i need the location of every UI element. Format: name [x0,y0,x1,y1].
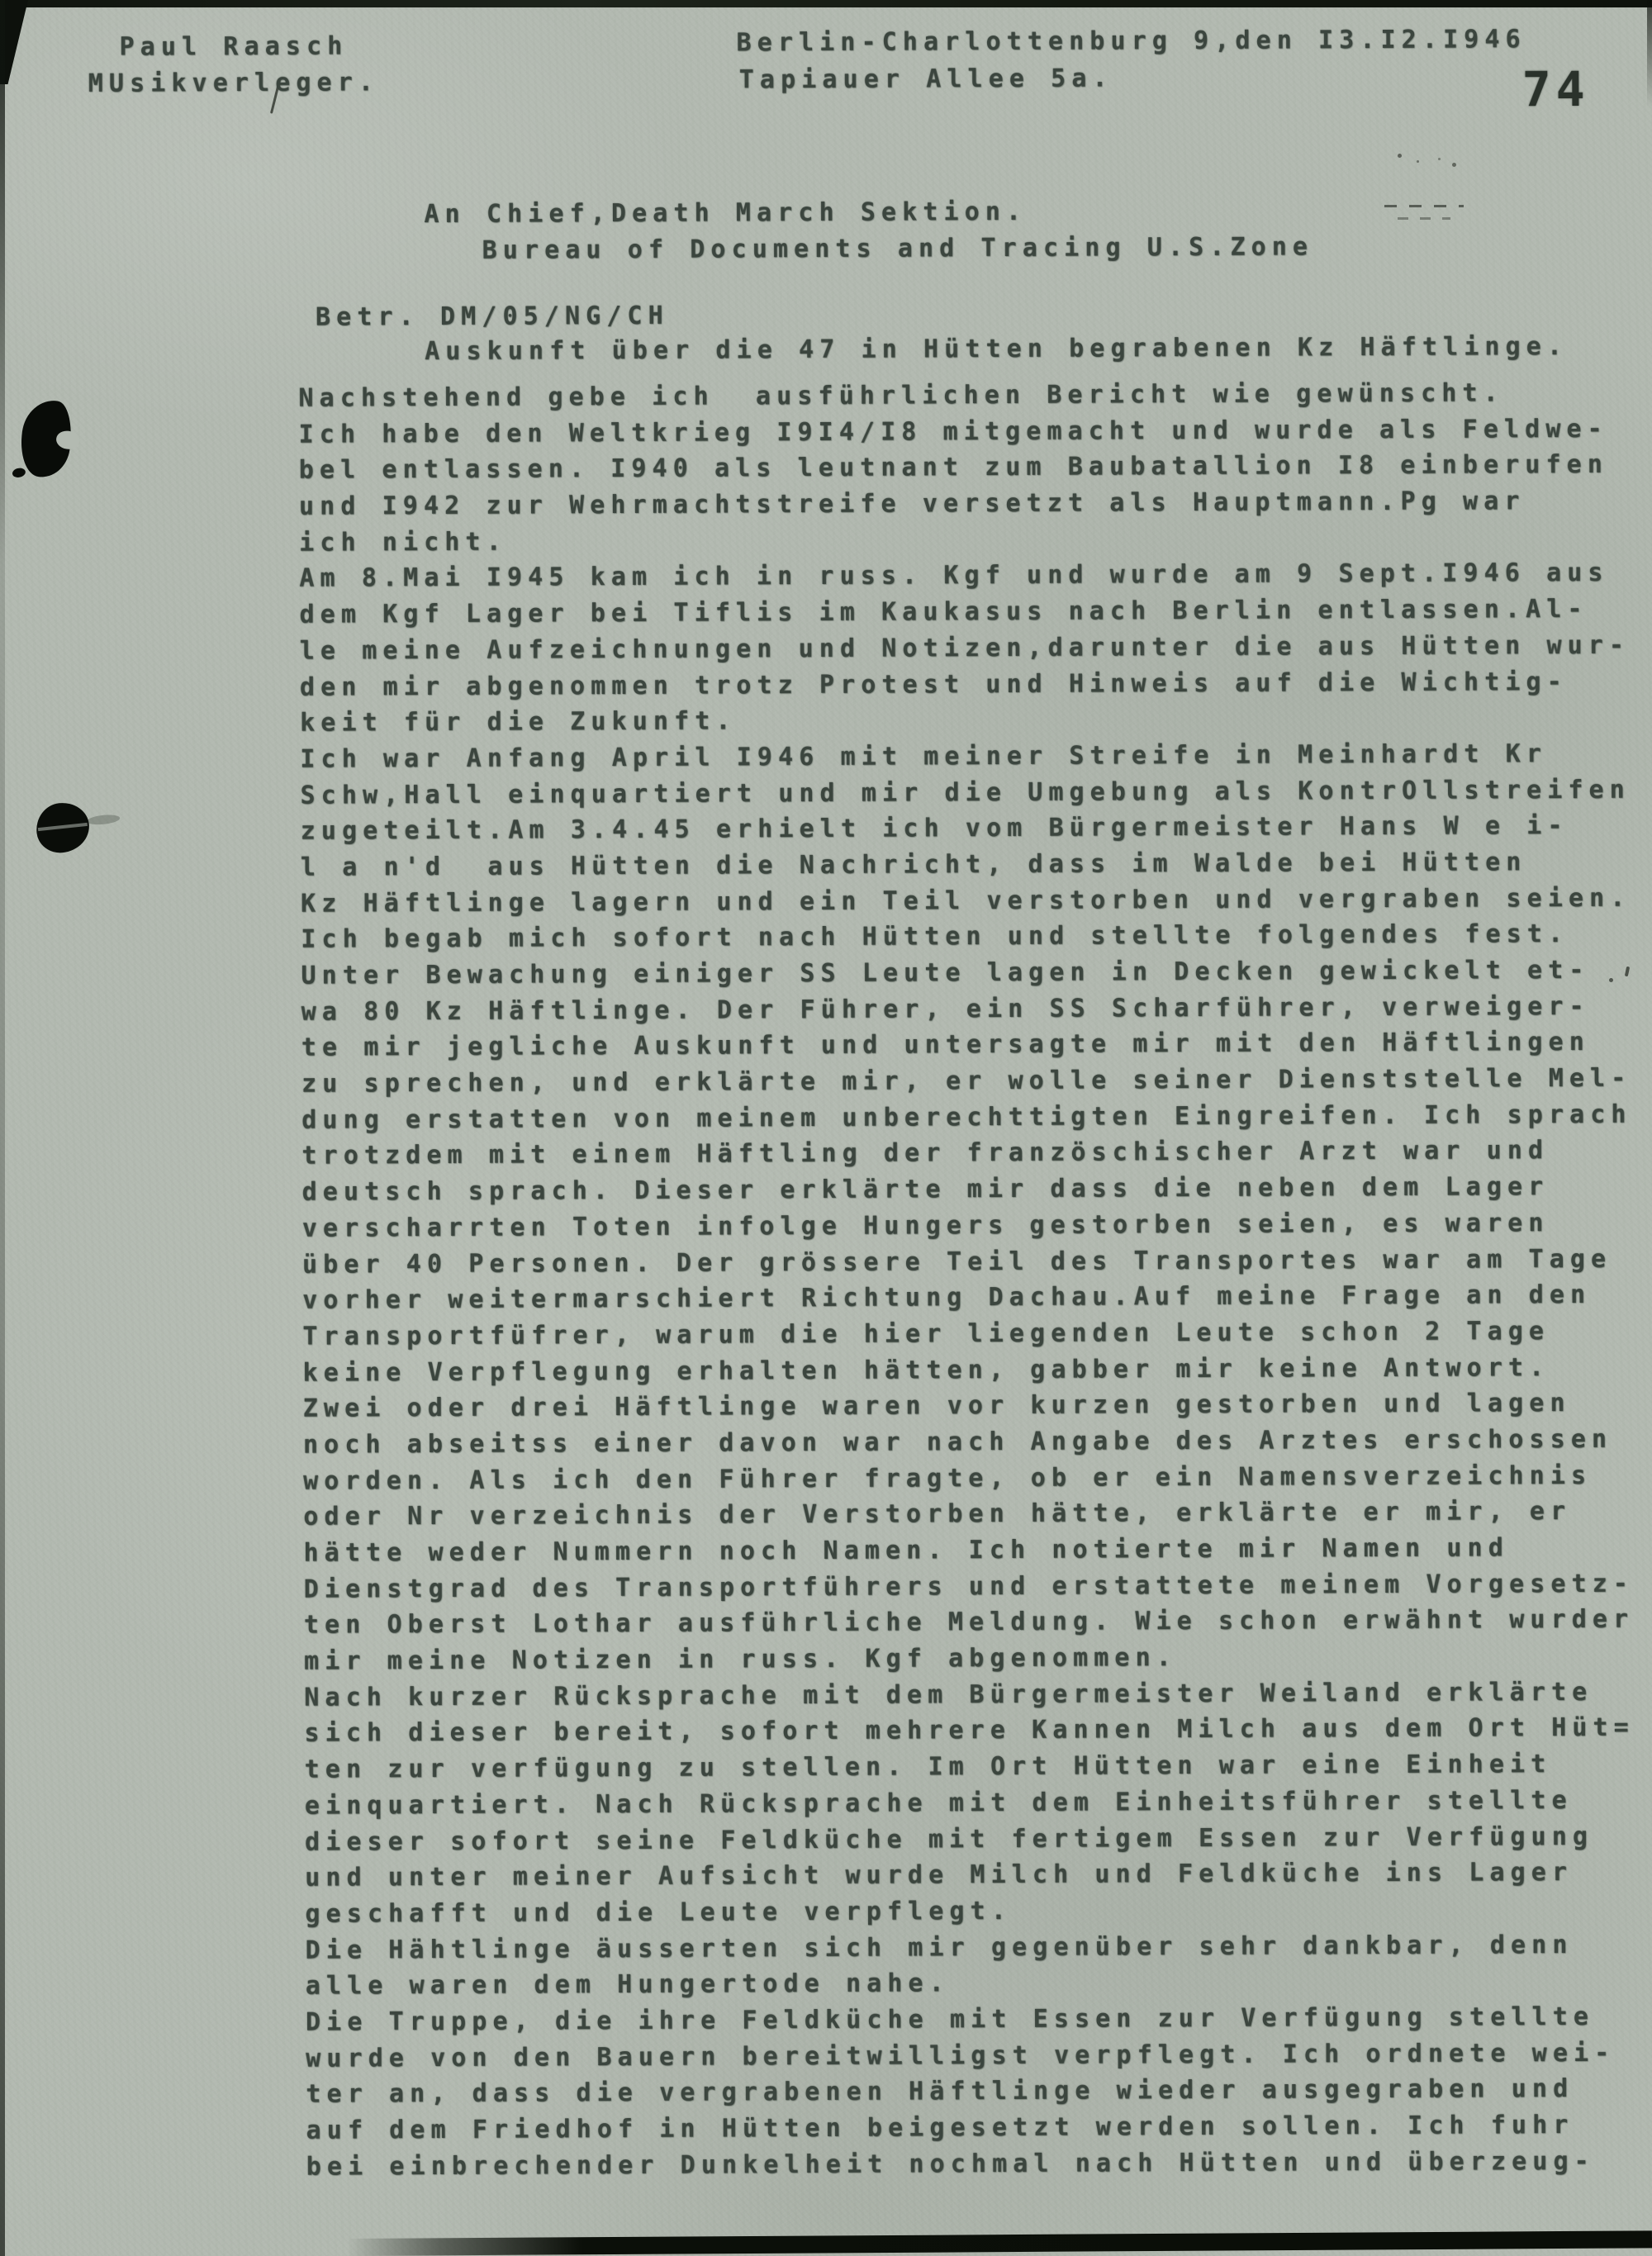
body-line: ten zur verfügung zu stellen. Im Ort Hüt… [305,1746,1635,1788]
body-line: keit für die Zukunft. [300,700,1631,742]
body-line: Dienstgrad des Transportführers und erst… [304,1565,1635,1608]
body-line: den mir abgenommen trotz Protest und Hin… [300,663,1631,705]
recipient-line-2: Bureau of Documents and Tracing U.S.Zone [482,232,1314,264]
typewritten-text-layer: Paul Raasch MUsikverleger. Berlin-Charlo… [0,0,1652,2256]
recipient-line-1: An Chief,Death March Sektion. [424,197,1027,229]
scanned-letter-page: Paul Raasch MUsikverleger. Berlin-Charlo… [0,0,1652,2256]
body-line: Schw,Hall einquartiert und mir die Umgeb… [300,772,1631,814]
body-line: Zwei oder drei Häftlinge waren vor kurze… [303,1385,1634,1427]
body-line: ich nicht. [299,519,1630,561]
body-line: und unter meiner Aufsicht wurde Milch un… [305,1855,1635,1897]
sender-title: MUsikverleger. [88,68,379,98]
body-line: Ich begab mich sofort nach Hütten und st… [301,916,1631,958]
body-line: l a n'd aus Hütten die Nachricht, dass i… [301,844,1631,886]
body-line: trotzdem mit einem Häftling der französc… [301,1133,1632,1175]
body-line: geschafft und die Leute verpflegt. [305,1891,1635,1933]
body-line: wurde von den Bauern bereitwilligst verp… [306,2035,1636,2077]
body-line: dung erstatten von meinem unberechttigte… [301,1096,1632,1138]
body-line: einquartiert. Nach Rücksprache mit dem E… [305,1783,1635,1825]
body-line: bei einbrechender Dunkelheit nochmal nac… [306,2143,1637,2185]
body-line: Transportfüfrer, warum die hier liegende… [302,1313,1633,1356]
sender-name: Paul Raasch [119,31,348,61]
body-line: mir meine Notizen in russ. Kgf abgenomme… [304,1638,1635,1680]
body-line: Unter Bewachung einiger SS Leute lagen i… [301,952,1631,995]
body-line: zugeteilt.Am 3.4.45 erhielt ich vom Bürg… [301,808,1631,850]
body-line: noch abseitss einer davon war nach Angab… [303,1422,1634,1464]
body-line: wa 80 Kz Häftlinge. Der Führer, ein SS S… [301,988,1632,1030]
body-line: Die Truppe, die ihre Feldküche mit Essen… [306,1999,1636,2041]
body-line: oder Nr verzeichnis der Verstorben hätte… [303,1494,1634,1536]
body-line: Ich war Anfang April I946 mit meiner Str… [300,736,1631,778]
body-line: Kz Häftlinge lagern und ein Teil verstor… [301,880,1631,922]
body-line: deutsch sprach. Dieser erklärte mir dass… [302,1169,1633,1211]
body-line: worden. Als ich den Führer fragte, ob er… [303,1457,1634,1499]
reference-betreff: Betr. DM/05/NG/CH [316,302,669,332]
body-line: hätte weder Nummern noch Namen. Ich noti… [303,1530,1634,1572]
letter-body: Nachstehend gebe ich ausführlichen Beric… [298,375,1636,2185]
scan-edge-right [1647,0,1652,107]
body-line: le meine Aufzeichnungen und Notizen,daru… [300,628,1631,670]
dateline-street: Tapiauer Allee 5a. [739,64,1113,94]
body-line: alle waren dem Hungertode nahe. [306,1963,1636,2005]
body-line: Die Hähtlinge äusserten sich mir gegenüb… [306,1926,1636,1969]
body-line: te mir jegliche Auskunft und untersagte … [301,1024,1632,1066]
body-line: vorher weitermarschiert Richtung Dachau.… [302,1277,1633,1319]
body-line: Am 8.Mai I945 kam ich in russ. Kgf und w… [299,555,1630,597]
body-line: auf dem Friedhof in Hütten beigesetzt we… [306,2107,1636,2149]
body-line: Nach kurzer Rücksprache mit dem Bürgerme… [304,1674,1635,1716]
body-line: dieser sofort seine Feldküche mit fertig… [305,1818,1635,1860]
body-line: sich dieser bereit, sofort mehrere Kanne… [304,1710,1635,1752]
body-line: ter an, dass die vergrabenen Häftlinge w… [306,2071,1636,2113]
reference-subject: Auskunft über die 47 in Hütten begrabene… [425,332,1568,366]
body-line: ten Oberst Lothar ausführliche Meldung. … [304,1602,1635,1644]
body-line: über 40 Personen. Der grössere Teil des … [302,1241,1633,1283]
page-number: 74 [1522,61,1590,117]
body-line: keine Verpflegung erhalten hätten, gabbe… [302,1349,1633,1391]
body-line: Ich habe den Weltkrieg I9I4/I8 mitgemach… [299,411,1630,453]
body-line: dem Kgf Lager bei Tiflis im Kaukasus nac… [299,591,1630,634]
body-line: Nachstehend gebe ich ausführlichen Beric… [298,375,1629,417]
dateline-place-date: Berlin-Charlottenburg 9,den I3.I2.I946 [736,25,1526,57]
body-line: zu sprechen, und erklärte mir, er wolle … [301,1061,1632,1103]
body-line: und I942 zur Wehrmachtstreife versetzt a… [299,483,1630,525]
body-line: bel entlassen. I940 als leutnant zum Bau… [299,447,1630,489]
body-line: verscharrten Toten infolge Hungers gesto… [302,1205,1633,1247]
